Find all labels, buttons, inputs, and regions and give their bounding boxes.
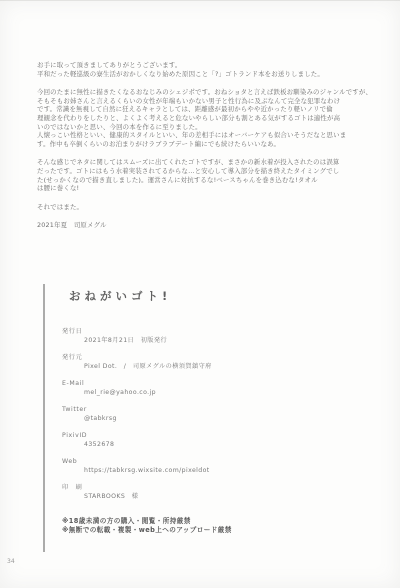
colophon-value: 2021年8月21日 初版発行 xyxy=(62,336,352,345)
colophon-label: 発行元 xyxy=(62,353,352,362)
colophon-entry-twitter: Twitter @tabkrsg xyxy=(62,405,352,423)
colophon-label: 印 刷 xyxy=(62,483,352,492)
scanned-page: お手に取って頂きましてありがとうございます。 平和だった軽巡級の寮生活がおかしく… xyxy=(0,0,400,588)
afterword-line: す。作中も卒倒くらいのお泊まりがけラブラブデート編にでも続けたらいいなあ。 xyxy=(37,140,369,149)
afterword-line: 人懐っこい性格といい、健康的スタイルといい、年の差相手にはオーバーケアも似合いそ… xyxy=(37,131,369,140)
afterword-line: いのではないかと思い、今回の本を作るに至りました。 xyxy=(37,123,369,132)
colophon-entry-email: E-Mail mel_rie@yahoo.co.jp xyxy=(62,379,352,397)
colophon-label: PixivID xyxy=(62,431,352,440)
colophon-entry-publisher: 発行元 Pixel Dot. / 司原メグルの横須賀鎮守府 xyxy=(62,353,352,371)
afterword-paragraph: 今回のたまに無性に描きたくなるおなじみのシェジポです。おねショタと言えば鉄板お馴… xyxy=(37,88,369,148)
afterword-paragraph: そんな感じでネタに関してはスムーズに出てくれたゴトですが、まさかの新水着が投入さ… xyxy=(37,158,369,192)
afterword-line: は腰に巻くな! xyxy=(37,184,369,193)
notice-line: ※無断での転載・複製・web上へのアップロード厳禁 xyxy=(62,526,232,535)
colophon-value: mel_rie@yahoo.co.jp xyxy=(62,388,352,397)
afterword-line: 理観念を代わりをしたりと、よくよく考えると危ないやらしい部分も割とある気がするゴ… xyxy=(37,114,369,123)
colophon-entry-printer: 印 刷 STARBOOKS 様 xyxy=(62,483,352,501)
page-number: 34 xyxy=(7,558,15,565)
colophon-entries: 発行日 2021年8月21日 初版発行 発行元 Pixel Dot. / 司原メ… xyxy=(62,327,352,509)
colophon-entry-web: Web https://tabkrsg.wixsite.com/pixeldot xyxy=(62,457,352,475)
afterword-line: た(せっかくなので描き直しました)。運営さんに対抗するな!ベースちゃんを巻き込む… xyxy=(37,176,369,185)
afterword-paragraph: お手に取って頂きましてありがとうございます。 平和だった軽巡級の寮生活がおかしく… xyxy=(37,61,369,78)
notice-line: ※18歳未満の方の購入・閲覧・所持厳禁 xyxy=(62,517,232,526)
colophon-value: Pixel Dot. / 司原メグルの横須賀鎮守府 xyxy=(62,362,352,371)
colophon-label: 発行日 xyxy=(62,327,352,336)
colophon-left-rule xyxy=(43,284,45,552)
afterword-line: お手に取って頂きましてありがとうございます。 xyxy=(37,61,369,70)
colophon-value: @tabkrsg xyxy=(62,414,352,423)
colophon-value: STARBOOKS 様 xyxy=(62,492,352,501)
afterword-signature: 2021年夏 司原メグル xyxy=(37,221,369,230)
age-and-copyright-notices: ※18歳未満の方の購入・閲覧・所持厳禁 ※無断での転載・複製・web上へのアップ… xyxy=(62,517,232,535)
afterword-line: 平和だった軽巡級の寮生活がおかしくなり始めた原因こと「?」ゴトランド本をお送りし… xyxy=(37,70,369,79)
colophon-entry-publication-date: 発行日 2021年8月21日 初版発行 xyxy=(62,327,352,345)
colophon-title: おねがいゴト! xyxy=(69,288,171,304)
colophon-value: https://tabkrsg.wixsite.com/pixeldot xyxy=(62,466,352,475)
afterword-line: 今回のたまに無性に描きたくなるおなじみのシェジポです。おねショタと言えば鉄板お馴… xyxy=(37,88,369,97)
colophon-label: E-Mail xyxy=(62,379,352,388)
colophon-label: Twitter xyxy=(62,405,352,414)
colophon-entry-pixiv-id: PixivID 4352678 xyxy=(62,431,352,449)
afterword-line: だったです。ゴトにはもう水着実装されてるからな…と安心して導入部分を描き終えたタ… xyxy=(37,167,369,176)
colophon-value: 4352678 xyxy=(62,440,352,449)
afterword-line: そんな感じでネタに関してはスムーズに出てくれたゴトですが、まさかの新水着が投入さ… xyxy=(37,158,369,167)
afterword-line: そもそもお姉さんと言えるくらいの女性が年端もいかない男子と性行為に及ぶなんて完全… xyxy=(37,97,369,106)
afterword-text: お手に取って頂きましてありがとうございます。 平和だった軽巡級の寮生活がおかしく… xyxy=(37,61,369,240)
afterword-line: です。常識を無視して自然に狂えるキャラとしては、距離感が最初からやや近かったり軽… xyxy=(37,105,369,114)
colophon-label: Web xyxy=(62,457,352,466)
afterword-closing: それではまた。 xyxy=(37,203,369,212)
